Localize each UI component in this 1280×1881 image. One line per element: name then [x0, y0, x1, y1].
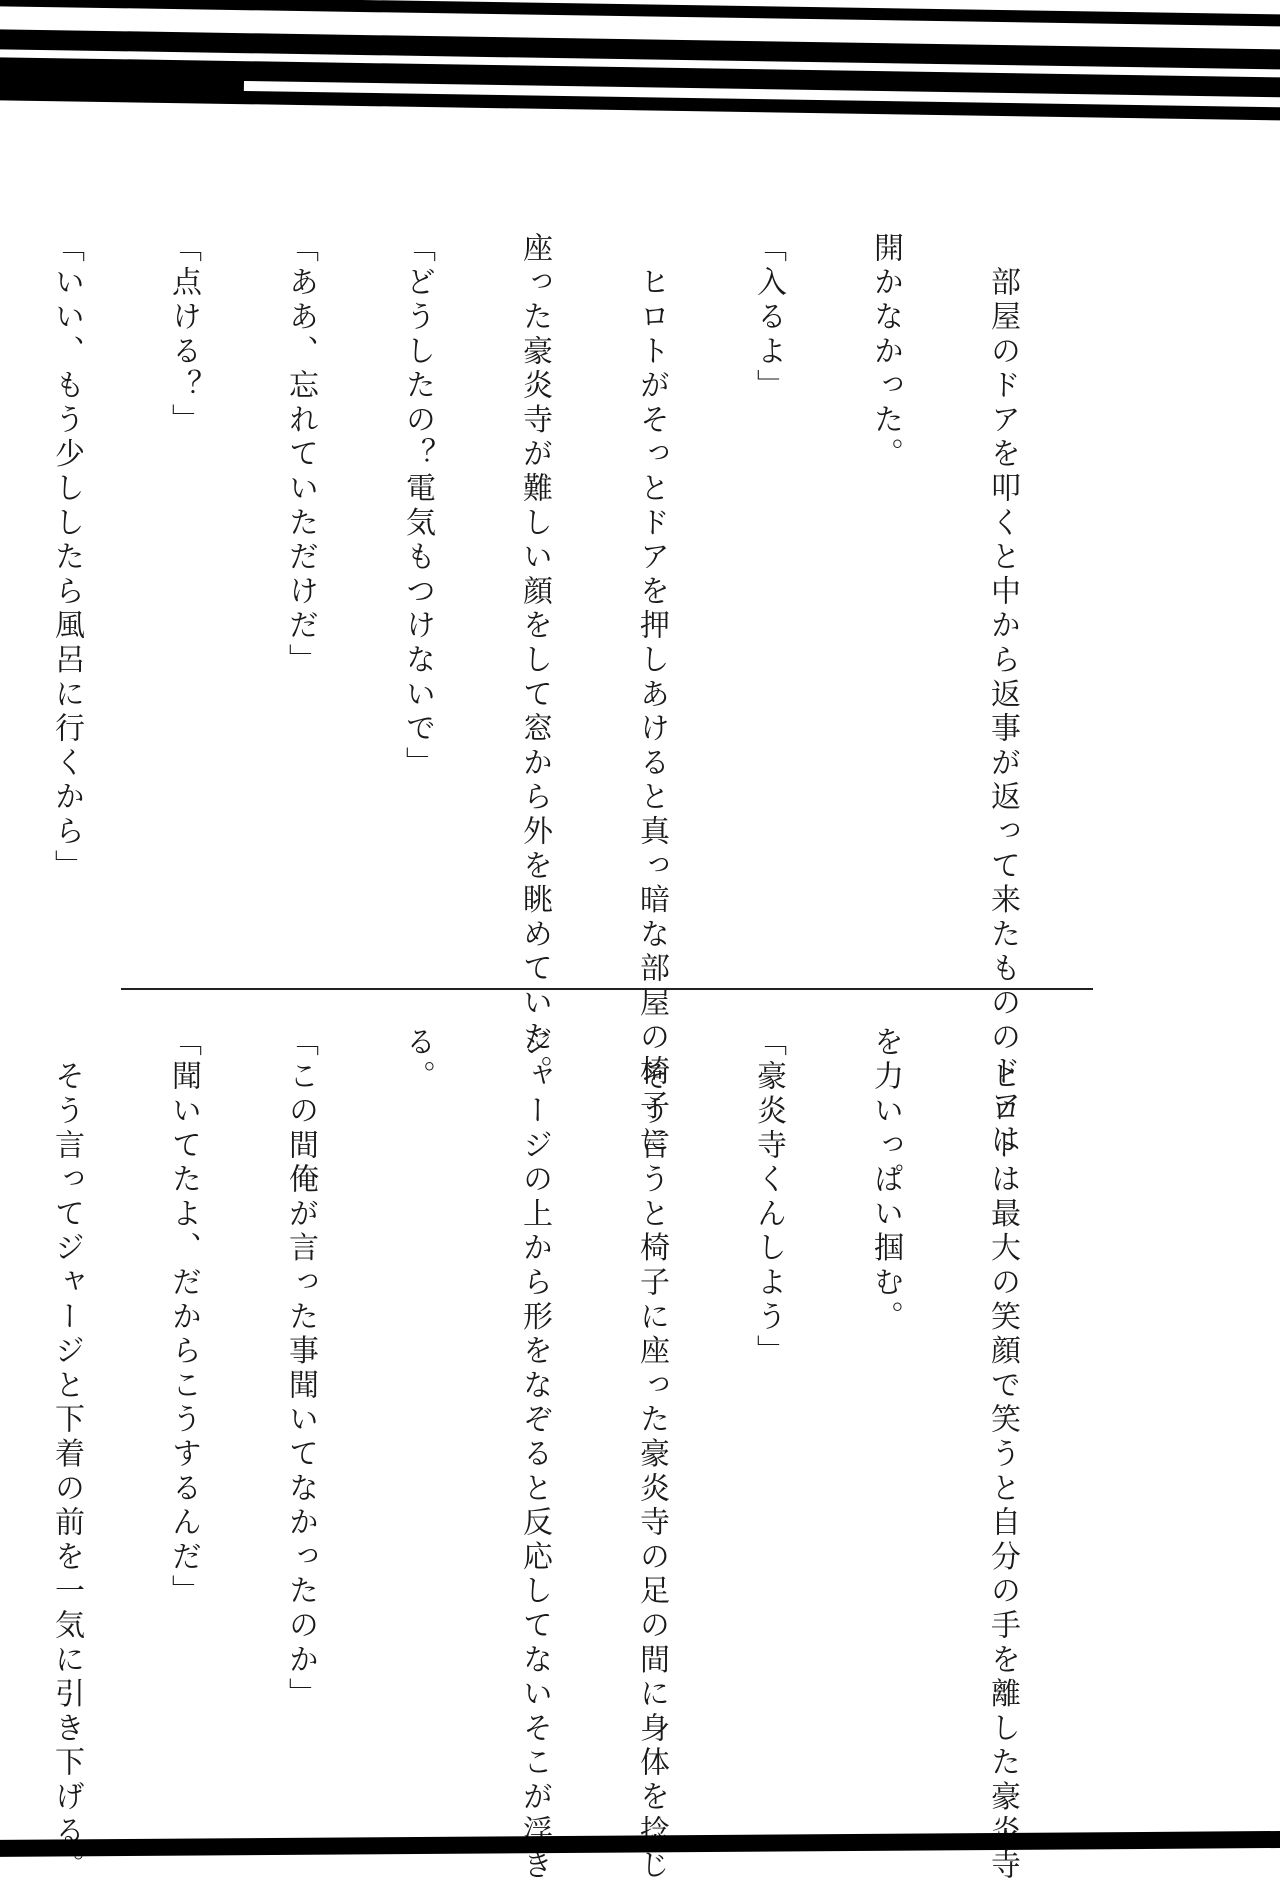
- text-line: ヒロトは最大の笑顔で笑うと自分の手を離した豪炎寺の腕: [983, 1026, 1022, 1786]
- text-line: を力いっぱい掴む。: [866, 1026, 905, 1786]
- text-line: そう言ってジャージと下着の前を一気に引き下げる。: [47, 1026, 86, 1786]
- text-line: 「聞いてたよ、だからこうするんだ」: [164, 1026, 203, 1786]
- text-line: る。: [398, 1026, 437, 1786]
- bottom-text-block: ヒロトは最大の笑顔で笑うと自分の手を離した豪炎寺の腕 を力いっぱい掴む。 「豪炎…: [0, 1026, 1100, 1786]
- text-line: そう言うと椅子に座った豪炎寺の足の間に身体を捻じ込む。: [632, 1026, 671, 1786]
- text-line: 「入るよ」: [749, 232, 788, 952]
- text-line: 座った豪炎寺が難しい顔をして窓から外を眺めていた。: [515, 232, 554, 952]
- text-line: 「ああ、忘れていただけだ」: [281, 232, 320, 952]
- text-line: 部屋のドアを叩くと中から返事が返って来たもののドアは: [983, 232, 1022, 952]
- header-stripe-1: [0, 0, 1280, 27]
- text-line: 「この間俺が言った事聞いてなかったのか」: [281, 1026, 320, 1786]
- text-line: 「どうしたの？電気もつけないで」: [398, 232, 437, 952]
- text-line: 「点ける？」: [164, 232, 203, 952]
- text-line: 「豪炎寺くんしよう」: [749, 1026, 788, 1786]
- text-line: ヒロトがそっとドアを押しあけると真っ暗な部屋の椅子に: [632, 232, 671, 952]
- text-line: 「いい、もう少ししたら風呂に行くから」: [47, 232, 86, 952]
- text-line: ジャージの上から形をなぞると反応してないそこが浮き上が: [515, 1026, 554, 1786]
- top-text-block: 部屋のドアを叩くと中から返事が返って来たもののドアは 開かなかった。 「入るよ」…: [0, 232, 1100, 952]
- section-divider: [121, 988, 1093, 990]
- text-line: 開かなかった。: [866, 232, 905, 952]
